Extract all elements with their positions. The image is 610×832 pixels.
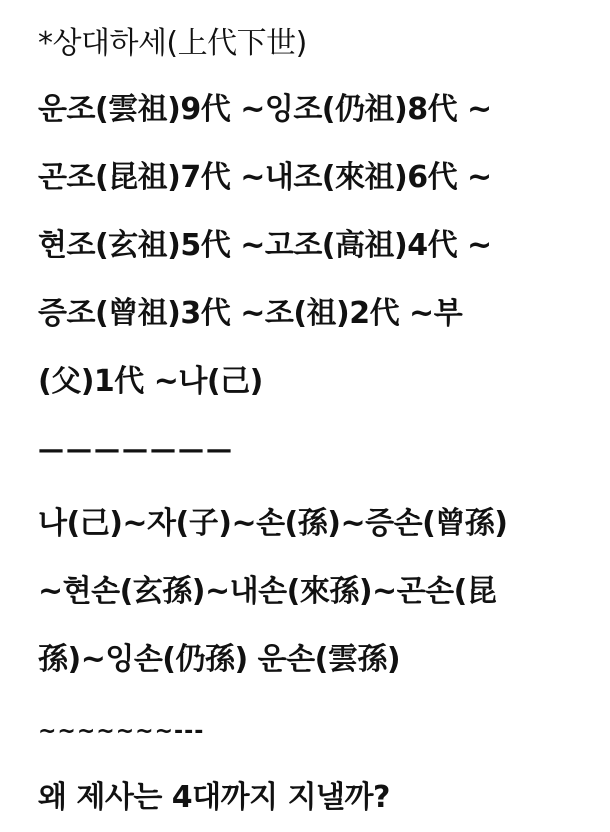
ancestor-line-5: (父)1代 ~나(己) bbox=[38, 362, 263, 402]
descendant-line-3: 孫)~잉손(仍孫) 운손(雲孫) bbox=[38, 640, 400, 680]
ancestor-line-4: 증조(曾祖)3代 ~조(祖)2代 ~부 bbox=[38, 294, 462, 334]
descendant-line-2: ~현손(玄孫)~내손(來孫)~곤손(昆 bbox=[38, 572, 496, 612]
question-heading: 왜 제사는 4대까지 지낼까? bbox=[38, 778, 390, 818]
ancestor-line-2: 곤조(昆祖)7代 ~내조(來祖)6代 ~ bbox=[38, 158, 492, 198]
dash-separator: ——————— bbox=[38, 430, 234, 470]
ancestor-line-3: 현조(玄祖)5代 ~고조(高祖)4代 ~ bbox=[38, 226, 492, 266]
descendant-line-1: 나(己)~자(子)~손(孫)~증손(曾孫) bbox=[38, 504, 508, 544]
ancestor-line-1: 운조(雲祖)9代 ~잉조(仍祖)8代 ~ bbox=[38, 90, 492, 130]
tilde-separator: ~~~~~~~--- bbox=[38, 712, 204, 752]
heading-sangdae-hase: *상대하세(上代下世) bbox=[38, 24, 307, 64]
